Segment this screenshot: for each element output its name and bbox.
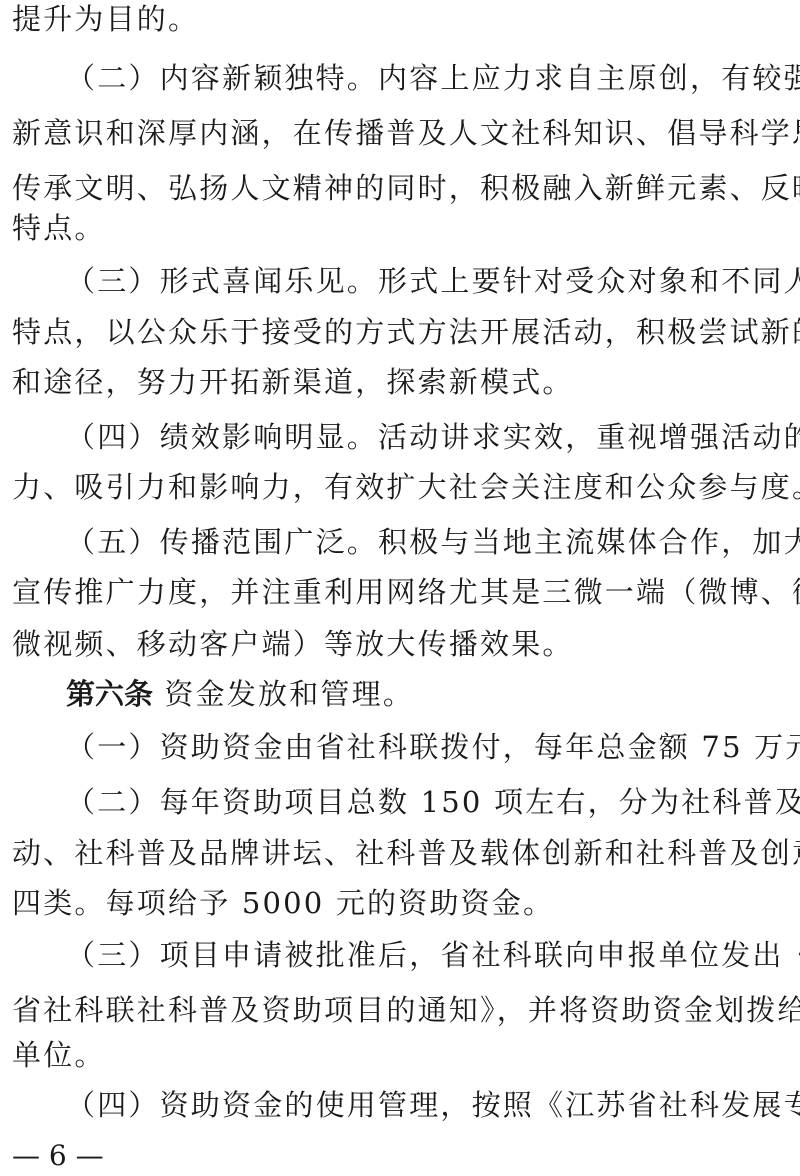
- text-line: （四）绩效影响明显。活动讲求实效，重视增强活动的感染: [66, 420, 800, 454]
- text-line: （三）形式喜闻乐见。形式上要针对受众对象和不同人群的: [66, 264, 800, 298]
- text-line: 特点，以公众乐于接受的方式方法开展活动，积极尝试新的思路: [12, 315, 800, 349]
- text-line: 动、社科普及品牌讲坛、社科普及载体创新和社科普及创意产品: [12, 836, 800, 870]
- text-line: 和途径，努力开拓新渠道，探索新模式。: [12, 365, 574, 399]
- text-line: （二）每年资助项目总数 150 项左右，分为社科普及特色活: [66, 785, 800, 819]
- text-line: 提升为目的。: [12, 2, 199, 36]
- article-number: 第六条: [66, 677, 153, 711]
- text-line: （五）传播范围广泛。积极与当地主流媒体合作，加大活动: [66, 525, 800, 559]
- article-title: 资金发放和管理。: [153, 677, 414, 711]
- page-number: — 6 —: [12, 1140, 104, 1172]
- text-line: 四类。每项给予 5000 元的资助资金。: [12, 886, 554, 920]
- text-line: 微视频、移动客户端）等放大传播效果。: [12, 627, 574, 661]
- text-line: （二）内容新颖独特。内容上应力求自主原创，有较强的创: [66, 61, 800, 95]
- text-line: 宣传推广力度，并注重利用网络尤其是三微一端（微博、微信、: [12, 575, 800, 609]
- text-line: 新意识和深厚内涵，在传播普及人文社科知识、倡导科学思想、: [12, 116, 800, 150]
- text-line: （四）资助资金的使用管理，按照《江苏省社科发展专项资: [66, 1088, 800, 1122]
- article-heading-line: 第六条 资金发放和管理。: [66, 677, 414, 711]
- text-line: 传承文明、弘扬人文精神的同时，积极融入新鲜元素、反映时代: [12, 171, 800, 205]
- text-line: 省社科联社科普及资助项目的通知》，并将资助资金划拨给受助: [12, 993, 800, 1027]
- text-line: （一）资助资金由省社科联拨付，每年总金额 75 万元左右。: [66, 730, 800, 764]
- text-line: 力、吸引力和影响力，有效扩大社会关注度和公众参与度。: [12, 470, 800, 504]
- text-line: （三）项目申请被批准后，省社科联向申报单位发出《江苏: [66, 938, 800, 972]
- text-line: 特点。: [12, 211, 106, 245]
- text-line: 单位。: [12, 1038, 106, 1072]
